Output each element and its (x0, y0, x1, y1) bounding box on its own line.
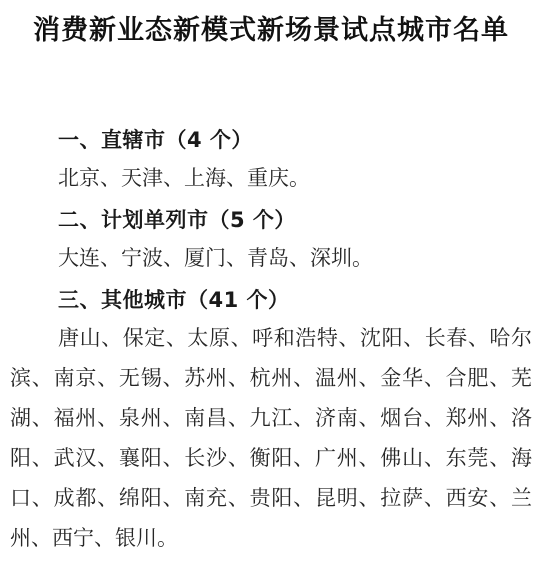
section-planned-cities-cities: 大连、宁波、厦门、青岛、深圳。 (10, 238, 532, 278)
document-page: 消费新业态新模式新场景试点城市名单 一、直辖市（4 个） 北京、天津、上海、重庆… (0, 0, 542, 564)
document-body: 一、直辖市（4 个） 北京、天津、上海、重庆。 二、计划单列市（5 个） 大连、… (0, 127, 542, 558)
section-municipalities-heading: 一、直辖市（4 个） (10, 127, 532, 154)
document-title: 消费新业态新模式新场景试点城市名单 (0, 0, 542, 47)
section-other-cities-cities: 唐山、保定、太原、呼和浩特、沈阳、长春、哈尔滨、南京、无锡、苏州、杭州、温州、金… (10, 318, 532, 558)
section-planned-cities-heading: 二、计划单列市（5 个） (10, 207, 532, 234)
section-municipalities-cities: 北京、天津、上海、重庆。 (10, 158, 532, 198)
section-other-cities-heading: 三、其他城市（41 个） (10, 287, 532, 314)
